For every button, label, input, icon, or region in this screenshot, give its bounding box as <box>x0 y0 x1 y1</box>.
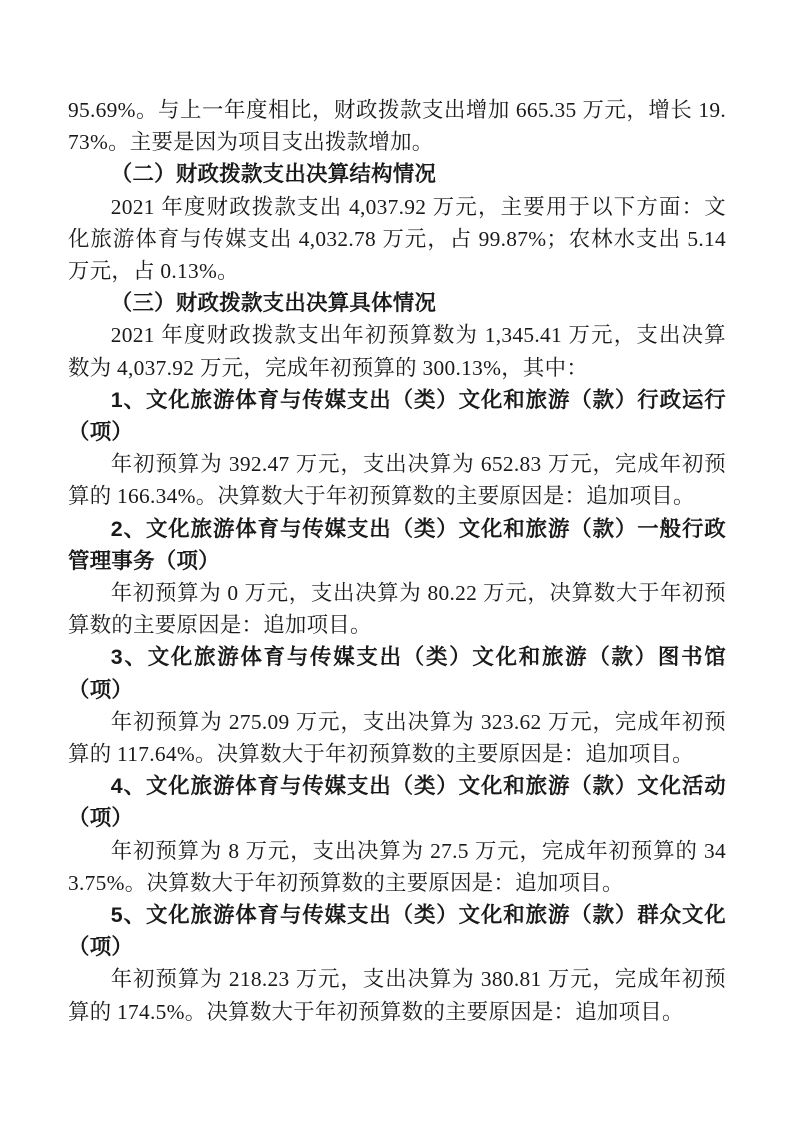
para-budget-vs-final-summary: 2021 年度财政拨款支出年初预算数为 1,345.41 万元，支出决算数为 4… <box>68 319 726 383</box>
heading-section-3-expenditure-specifics: （三）财政拨款支出决算具体情况 <box>68 287 726 319</box>
para-carryover-expenditure-comparison: 95.69%。与上一年度相比，财政拨款支出增加 665.35 万元，增长 19.… <box>68 94 726 158</box>
heading-item-5-mass-culture: 5、文化旅游体育与传媒支出（类）文化和旅游（款）群众文化（项） <box>68 899 726 963</box>
para-item-3-detail: 年初预算为 275.09 万元，支出决算为 323.62 万元，完成年初预算的 … <box>68 706 726 770</box>
para-item-5-detail: 年初预算为 218.23 万元，支出决算为 380.81 万元，完成年初预算的 … <box>68 963 726 1027</box>
heading-item-4-cultural-activities: 4、文化旅游体育与传媒支出（类）文化和旅游（款）文化活动（项） <box>68 770 726 834</box>
heading-item-2-general-admin-affairs: 2、文化旅游体育与传媒支出（类）文化和旅游（款）一般行政管理事务（项） <box>68 513 726 577</box>
para-item-4-detail: 年初预算为 8 万元，支出决算为 27.5 万元，完成年初预算的 343.75%… <box>68 835 726 899</box>
para-item-2-detail: 年初预算为 0 万元，支出决算为 80.22 万元，决算数大于年初预算数的主要原… <box>68 577 726 641</box>
para-item-1-detail: 年初预算为 392.47 万元，支出决算为 652.83 万元，完成年初预算的 … <box>68 448 726 512</box>
para-expenditure-structure-detail: 2021 年度财政拨款支出 4,037.92 万元，主要用于以下方面：文化旅游体… <box>68 191 726 288</box>
heading-item-3-library: 3、文化旅游体育与传媒支出（类）文化和旅游（款）图书馆（项） <box>68 641 726 705</box>
heading-section-2-expenditure-structure: （二）财政拨款支出决算结构情况 <box>68 158 726 190</box>
heading-item-1-administrative-operation: 1、文化旅游体育与传媒支出（类）文化和旅游（款）行政运行（项） <box>68 384 726 448</box>
document-page: 95.69%。与上一年度相比，财政拨款支出增加 665.35 万元，增长 19.… <box>0 0 793 1122</box>
